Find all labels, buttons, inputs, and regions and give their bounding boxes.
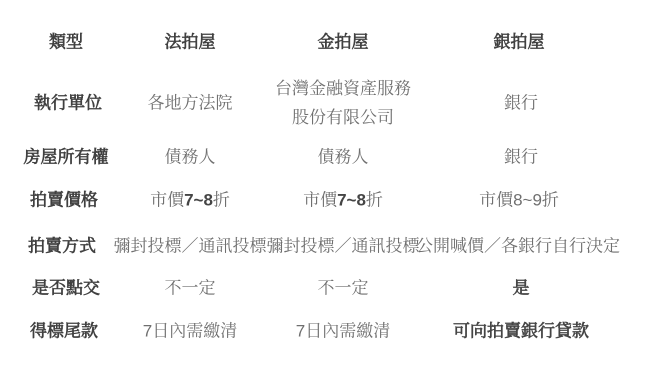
row-label-ownership: 房屋所有權	[24, 146, 109, 167]
cell-handover-judicial: 不一定	[165, 277, 216, 298]
cell-ownership-judicial: 債務人	[165, 146, 216, 167]
cell-final-payment-bank: 可向拍賣銀行貸款	[453, 320, 589, 341]
cell-executing-agency-judicial: 各地方法院	[148, 92, 233, 113]
row-label-handover: 是否點交	[32, 277, 100, 298]
price-suffix: 折	[366, 190, 383, 209]
row-label-auction-price: 拍賣價格	[30, 189, 98, 210]
cell-handover-bank: 是	[513, 277, 530, 298]
cell-auction-price-bank: 市價8~9折	[479, 189, 559, 210]
price-discount-emphasis: 7~8	[337, 190, 366, 209]
price-prefix: 市價	[303, 190, 337, 209]
cell-auction-method-bank: 公開喊價／各銀行自行決定	[416, 235, 620, 256]
cell-executing-agency-bank: 銀行	[504, 92, 538, 113]
column-header-jin-auction: 金拍屋	[318, 31, 369, 52]
cell-executing-agency-jin: 台灣金融資產服務 股份有限公司	[275, 74, 411, 132]
column-header-category: 類型	[49, 31, 83, 52]
cell-ownership-bank: 銀行	[504, 146, 538, 167]
cell-executing-agency-jin-line2: 股份有限公司	[275, 103, 411, 132]
row-label-auction-method: 拍賣方式	[28, 235, 96, 256]
cell-auction-price-jin: 市價7~8折	[303, 189, 383, 210]
cell-auction-method-jin: 彌封投標／通訊投標	[267, 235, 420, 256]
comparison-table: 類型 法拍屋 金拍屋 銀拍屋 執行單位 各地方法院 台灣金融資產服務 股份有限公…	[0, 0, 657, 388]
cell-handover-jin: 不一定	[318, 277, 369, 298]
column-header-bank-auction: 銀拍屋	[494, 31, 545, 52]
column-header-judicial-auction: 法拍屋	[165, 31, 216, 52]
cell-final-payment-jin: 7日內需繳清	[296, 320, 390, 341]
cell-auction-method-judicial: 彌封投標／通訊投標	[114, 235, 267, 256]
cell-auction-price-judicial: 市價7~8折	[150, 189, 230, 210]
cell-executing-agency-jin-line1: 台灣金融資產服務	[275, 74, 411, 103]
cell-final-payment-judicial: 7日內需繳清	[143, 320, 237, 341]
price-prefix: 市價	[150, 190, 184, 209]
price-discount-emphasis: 7~8	[184, 190, 213, 209]
price-suffix: 折	[213, 190, 230, 209]
cell-ownership-jin: 債務人	[318, 146, 369, 167]
row-label-final-payment: 得標尾款	[30, 320, 98, 341]
row-label-executing-agency: 執行單位	[34, 92, 102, 113]
